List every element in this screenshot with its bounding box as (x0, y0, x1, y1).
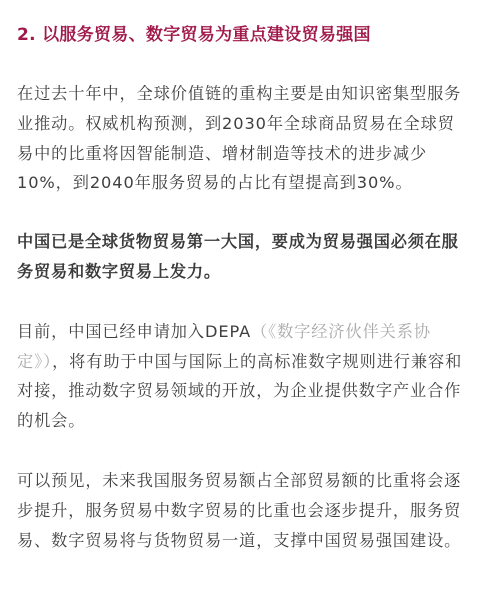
article-body: 2. 以服务贸易、数字贸易为重点建设贸易强国 在过去十年中，全球价值链的重构主要… (0, 0, 480, 555)
paragraph-value-chain: 在过去十年中，全球价值链的重构主要是由知识密集型服务业推动。权威机构预测，到20… (17, 79, 464, 198)
paragraph-depa: 目前，中国已经申请加入DEPA（《数字经济伙伴关系协定》），将有助于中国与国际上… (17, 317, 464, 436)
paragraph-bold-emphasis: 中国已是全球货物贸易第一大国，要成为贸易强国必须在服务贸易和数字贸易上发力。 (17, 227, 464, 287)
section-heading: 2. 以服务贸易、数字贸易为重点建设贸易强国 (17, 0, 464, 48)
depa-text-after: ，将有助于中国与国际上的高标准数字规则进行兼容和对接，推动数字贸易领域的开放，为… (17, 352, 462, 431)
depa-text-before: 目前，中国已经申请加入DEPA (17, 322, 251, 341)
paragraph-outlook: 可以预见，未来我国服务贸易额占全部贸易额的比重将会逐步提升，服务贸易中数字贸易的… (17, 466, 464, 555)
